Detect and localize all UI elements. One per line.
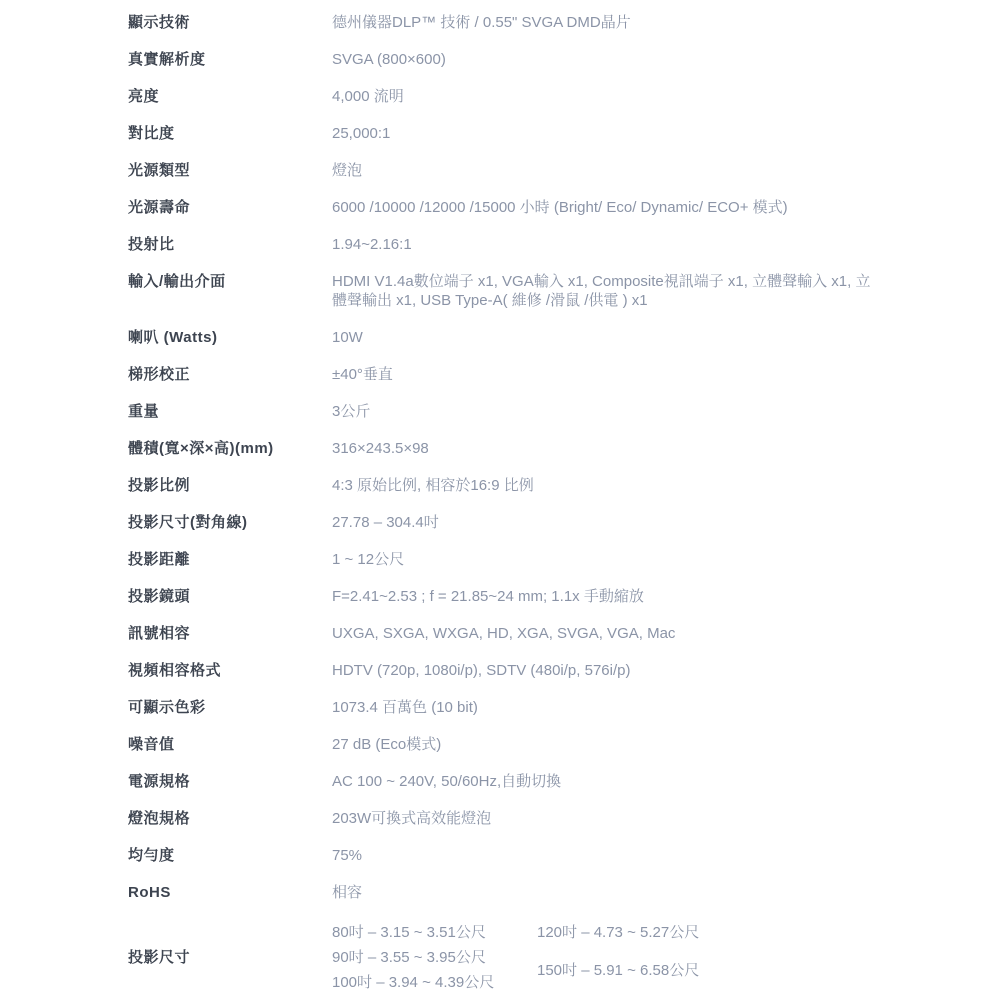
spec-value: 6000 /10000 /12000 /15000 小時 (Bright/ Ec… xyxy=(332,198,882,217)
spec-label: 可顯示色彩 xyxy=(128,698,332,717)
spec-row-contrast-ratio: 對比度 25,000:1 xyxy=(128,115,888,152)
spec-value: HDTV (720p, 1080i/p), SDTV (480i/p, 576i… xyxy=(332,661,882,680)
spec-row-io-interface: 輸入/輸出介面 HDMI V1.4a數位端子 x1, VGA輸入 x1, Com… xyxy=(128,263,888,319)
spec-label: 投射比 xyxy=(128,235,332,254)
spec-row-uniformity: 均勻度 75% xyxy=(128,837,888,874)
spec-row-aspect-ratio: 投影比例 4:3 原始比例, 相容於16:9 比例 xyxy=(128,467,888,504)
spec-label: 喇叭 (Watts) xyxy=(128,328,332,347)
spec-label: 燈泡規格 xyxy=(128,809,332,828)
spec-label: 光源壽命 xyxy=(128,198,332,217)
spec-label: 梯形校正 xyxy=(128,365,332,384)
spec-value: 316×243.5×98 xyxy=(332,439,882,458)
spec-value: 10W xyxy=(332,328,882,347)
projection-size-line: 90吋 – 3.55 ~ 3.95公尺 xyxy=(332,945,537,970)
spec-value: AC 100 ~ 240V, 50/60Hz,自動切換 xyxy=(332,772,882,791)
spec-value: 27.78 – 304.4吋 xyxy=(332,513,882,532)
spec-label: 均勻度 xyxy=(128,846,332,865)
spec-row-light-source-life: 光源壽命 6000 /10000 /12000 /15000 小時 (Brigh… xyxy=(128,189,888,226)
spec-label: 投影比例 xyxy=(128,476,332,495)
spec-label: 輸入/輸出介面 xyxy=(128,272,332,291)
spec-value: HDMI V1.4a數位端子 x1, VGA輸入 x1, Composite視訊… xyxy=(332,272,882,310)
spec-row-displayable-colors: 可顯示色彩 1073.4 百萬色 (10 bit) xyxy=(128,689,888,726)
spec-row-native-resolution: 真實解析度 SVGA (800×600) xyxy=(128,41,888,78)
spec-value: 相容 xyxy=(332,883,882,902)
spec-label: 亮度 xyxy=(128,87,332,106)
spec-row-display-technology: 顯示技術 德州儀器DLP™ 技術 / 0.55" SVGA DMD晶片 xyxy=(128,4,888,41)
spec-label: 電源規格 xyxy=(128,772,332,791)
spec-row-speaker-watts: 喇叭 (Watts) 10W xyxy=(128,319,888,356)
projection-size-line: 80吋 – 3.15 ~ 3.51公尺 xyxy=(332,920,537,945)
spec-value: 203W可換式高效能燈泡 xyxy=(332,809,882,828)
spec-value: 25,000:1 xyxy=(332,124,882,143)
spec-value: 德州儀器DLP™ 技術 / 0.55" SVGA DMD晶片 xyxy=(332,13,882,32)
spec-row-rohs: RoHS 相容 xyxy=(128,874,888,911)
spec-value: 1073.4 百萬色 (10 bit) xyxy=(332,698,882,717)
spec-label: 重量 xyxy=(128,402,332,421)
spec-label: 真實解析度 xyxy=(128,50,332,69)
spec-label: 對比度 xyxy=(128,124,332,143)
spec-row-video-compatibility: 視頻相容格式 HDTV (720p, 1080i/p), SDTV (480i/… xyxy=(128,652,888,689)
spec-row-power-supply: 電源規格 AC 100 ~ 240V, 50/60Hz,自動切換 xyxy=(128,763,888,800)
spec-value: 1 ~ 12公尺 xyxy=(332,550,882,569)
spec-value: SVGA (800×600) xyxy=(332,50,882,69)
projection-size-line: 120吋 – 4.73 ~ 5.27公尺 xyxy=(537,920,699,958)
spec-value: F=2.41~2.53 ; f = 21.85~24 mm; 1.1x 手動縮放 xyxy=(332,587,882,606)
spec-value: 75% xyxy=(332,846,882,865)
spec-label: 投影尺寸(對角線) xyxy=(128,513,332,532)
projection-size-columns: 80吋 – 3.15 ~ 3.51公尺 90吋 – 3.55 ~ 3.95公尺 … xyxy=(332,920,888,995)
spec-value: 1.94~2.16:1 xyxy=(332,235,882,254)
spec-value: 3公斤 xyxy=(332,402,882,421)
spec-row-brightness: 亮度 4,000 流明 xyxy=(128,78,888,115)
spec-label: 投影尺寸 xyxy=(128,948,332,967)
spec-label: 顯示技術 xyxy=(128,13,332,32)
spec-value: 27 dB (Eco模式) xyxy=(332,735,882,754)
spec-label: 噪音值 xyxy=(128,735,332,754)
spec-row-projection-size-diagonal: 投影尺寸(對角線) 27.78 – 304.4吋 xyxy=(128,504,888,541)
spec-label: 體積(寬×深×高)(mm) xyxy=(128,439,332,458)
spec-row-keystone-correction: 梯形校正 ±40°垂直 xyxy=(128,356,888,393)
spec-row-projection-distance: 投影距離 1 ~ 12公尺 xyxy=(128,541,888,578)
spec-row-dimensions: 體積(寬×深×高)(mm) 316×243.5×98 xyxy=(128,430,888,467)
spec-row-projection-size-table: 投影尺寸 80吋 – 3.15 ~ 3.51公尺 90吋 – 3.55 ~ 3.… xyxy=(128,911,888,1000)
spec-row-projection-lens: 投影鏡頭 F=2.41~2.53 ; f = 21.85~24 mm; 1.1x… xyxy=(128,578,888,615)
projection-size-col-1: 80吋 – 3.15 ~ 3.51公尺 90吋 – 3.55 ~ 3.95公尺 … xyxy=(332,920,537,995)
projection-size-line: 150吋 – 5.91 ~ 6.58公尺 xyxy=(537,958,699,996)
spec-value: UXGA, SXGA, WXGA, HD, XGA, SVGA, VGA, Ma… xyxy=(332,624,882,643)
projection-size-line: 100吋 – 3.94 ~ 4.39公尺 xyxy=(332,970,537,995)
spec-label: 投影鏡頭 xyxy=(128,587,332,606)
spec-value: 4,000 流明 xyxy=(332,87,882,106)
spec-value: 燈泡 xyxy=(332,161,882,180)
spec-label: RoHS xyxy=(128,883,332,902)
projector-spec-table: 顯示技術 德州儀器DLP™ 技術 / 0.55" SVGA DMD晶片 真實解析… xyxy=(128,4,888,1000)
spec-row-lamp-spec: 燈泡規格 203W可換式高效能燈泡 xyxy=(128,800,888,837)
spec-value: 4:3 原始比例, 相容於16:9 比例 xyxy=(332,476,882,495)
spec-label: 訊號相容 xyxy=(128,624,332,643)
spec-label: 視頻相容格式 xyxy=(128,661,332,680)
spec-label: 投影距離 xyxy=(128,550,332,569)
spec-row-weight: 重量 3公斤 xyxy=(128,393,888,430)
spec-row-noise-level: 噪音值 27 dB (Eco模式) xyxy=(128,726,888,763)
spec-row-light-source-type: 光源類型 燈泡 xyxy=(128,152,888,189)
projection-size-col-2: 120吋 – 4.73 ~ 5.27公尺 150吋 – 5.91 ~ 6.58公… xyxy=(537,920,699,995)
spec-label: 光源類型 xyxy=(128,161,332,180)
spec-value: ±40°垂直 xyxy=(332,365,882,384)
spec-row-signal-compatibility: 訊號相容 UXGA, SXGA, WXGA, HD, XGA, SVGA, VG… xyxy=(128,615,888,652)
spec-row-throw-ratio: 投射比 1.94~2.16:1 xyxy=(128,226,888,263)
